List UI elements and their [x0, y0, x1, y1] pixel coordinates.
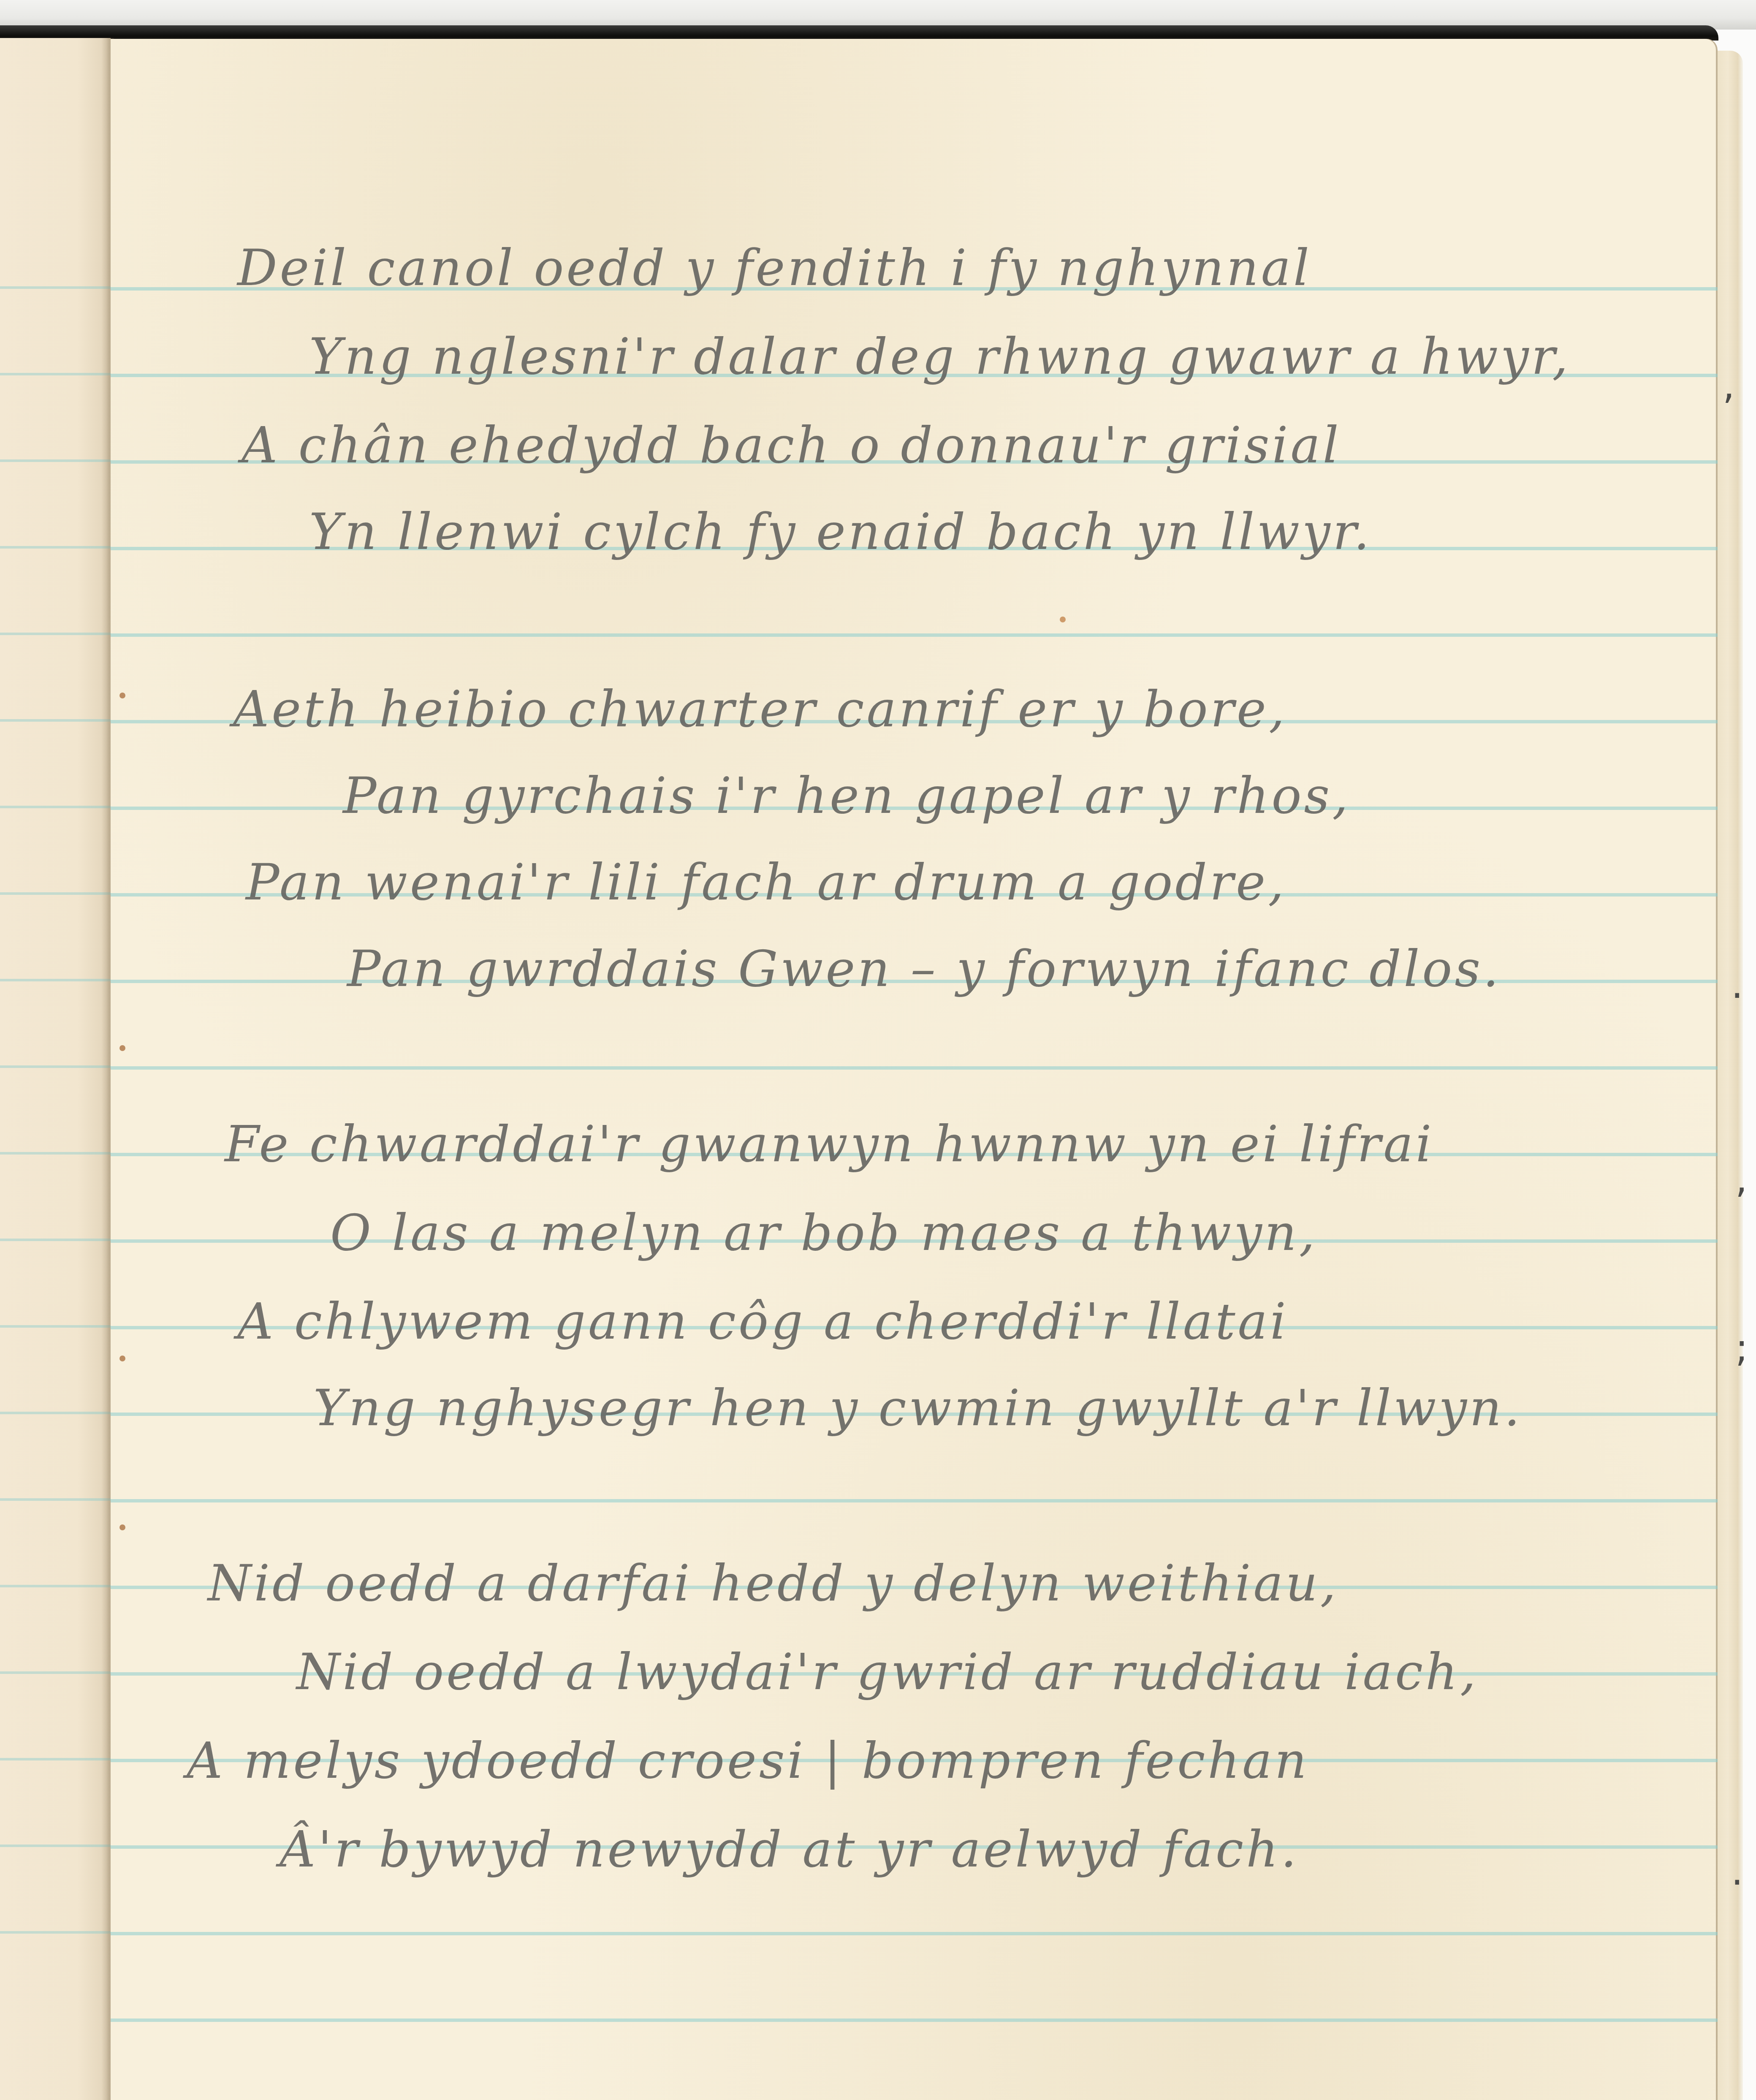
ruled-line: [0, 1585, 111, 1587]
ruled-line: [0, 1065, 111, 1068]
poem-line: Pan gyrchais i'r hen gapel ar y rhos,: [343, 766, 1351, 825]
ruled-line: [0, 1671, 111, 1674]
poem-line: Nid oedd a lwydai'r gwrid ar ruddiau iac…: [296, 1643, 1479, 1701]
ruled-line: [0, 719, 111, 722]
ruled-line: [0, 546, 111, 549]
facing-page-strip: [0, 38, 111, 2100]
ruled-line: [0, 633, 111, 635]
poem-line: Aeth heibio chwarter canrif er y bore,: [233, 680, 1287, 738]
poem-line: Fe chwarddai'r gwanwyn hwnnw yn ei lifra…: [225, 1115, 1434, 1173]
ruled-line: [0, 979, 111, 981]
poem-line: Deil canol oedd y fendith i fy nghynnal: [237, 239, 1312, 297]
ruled-line: [0, 1239, 111, 1241]
margin-mark: .: [1731, 963, 1743, 1007]
margin-mark: ,: [1723, 363, 1735, 408]
margin-mark: ,: [1735, 1157, 1748, 1201]
poem-line: Pan gwrddais Gwen – y forwyn ifanc dlos.: [347, 940, 1501, 998]
stacked-page-edge: [1718, 51, 1743, 2100]
poem-line: A chlywem gann côg a cherddi'r llatai: [237, 1292, 1289, 1350]
ruled-line: [0, 459, 111, 462]
poem-line: Yn llenwi cylch fy enaid bach yn llwyr.: [309, 503, 1372, 561]
ruled-line: [0, 892, 111, 895]
poem-line: A melys ydoedd croesi | bompren fechan: [187, 1731, 1309, 1790]
ruled-line: [0, 1325, 111, 1328]
margin-mark: ;: [1735, 1326, 1748, 1370]
margin-mark: .: [1731, 1850, 1743, 1894]
ruled-line: [0, 1498, 111, 1501]
poem-line: Nid oedd a darfai hedd y delyn weithiau,: [208, 1554, 1338, 1612]
ruled-line: [0, 1845, 111, 1847]
ruled-line: [0, 1758, 111, 1760]
poem-text: Deil canol oedd y fendith i fy nghynnal …: [111, 0, 1718, 2100]
ruled-line: [0, 373, 111, 375]
ruled-line: [0, 806, 111, 808]
poem-line: Pan wenai'r lili fach ar drum a godre,: [246, 853, 1286, 911]
ruled-line: [0, 1412, 111, 1414]
poem-line: A chân ehedydd bach o donnau'r grisial: [242, 416, 1341, 474]
poem-line: Â'r bywyd newydd at yr aelwyd fach.: [280, 1820, 1299, 1878]
ruled-line: [0, 286, 111, 289]
poem-line: Yng nglesni'r dalar deg rhwng gwawr a hw…: [309, 327, 1571, 386]
ruled-line: [0, 1152, 111, 1155]
ruled-line: [0, 1931, 111, 1934]
poem-line: Yng nghysegr hen y cwmin gwyllt a'r llwy…: [313, 1379, 1523, 1437]
poem-line: O las a melyn ar bob maes a thwyn,: [330, 1203, 1317, 1262]
